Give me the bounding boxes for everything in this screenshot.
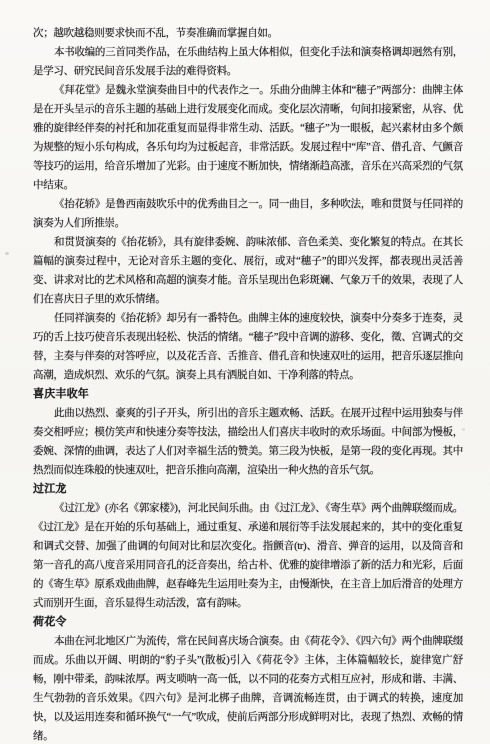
paragraph: 本曲在河北地区广为流传，常在民间喜庆场合演奏。由《荷花令》、《四六句》两个曲牌联… (33, 632, 463, 744)
scan-artifact (5, 252, 9, 255)
paragraph-continuation: 次；越吹越稳则要求快而不乱，节奏准确而掌握自如。 (33, 24, 463, 43)
paragraph: 本书收编的三首同类作品，在乐曲结构上虽大体相似，但变化手法和演奏格调却迥然有别，… (33, 43, 463, 81)
section-heading: 喜庆丰收年 (33, 385, 463, 404)
paragraph: 和贯贤演奏的《抬花轿》，具有旋律委婉、韵味浓郁、音色柔美、变化繁复的特点。在其长… (33, 233, 463, 309)
paragraph: 任同祥演奏的《抬花轿》却另有一番特色。曲牌主体的速度较快，演奏中分奏多于连奏，灵… (33, 309, 463, 385)
section-heading: 过江龙 (33, 480, 463, 499)
scan-artifact (462, 428, 465, 431)
paragraph: 《抬花轿》是鲁西南鼓吹乐中的优秀曲目之一。同一曲目，多种吹法，唯和贯贤与任同祥的… (33, 195, 463, 233)
paragraph: 此曲以热烈、豪爽的引子开头，所引出的音乐主题欢畅、活跃。在展开过程中运用独奏与伴… (33, 404, 463, 480)
section-heading: 荷花令 (33, 613, 463, 632)
paragraph: 《过江龙》(亦名《郭家楼》)，河北民间乐曲。由《过江龙》、《寄生草》两个曲牌联缀… (33, 499, 463, 613)
page-text-block: 次；越吹越稳则要求快而不乱，节奏准确而掌握自如。 本书收编的三首同类作品，在乐曲… (0, 0, 490, 744)
paragraph: 《拜花堂》是魏永堂演奏曲目中的代表作之一。乐曲分曲牌主体和“穗子”两部分：曲牌主… (33, 81, 463, 195)
scanned-book-page: { "page": { "kind": "scanned-document-pa… (0, 0, 490, 744)
